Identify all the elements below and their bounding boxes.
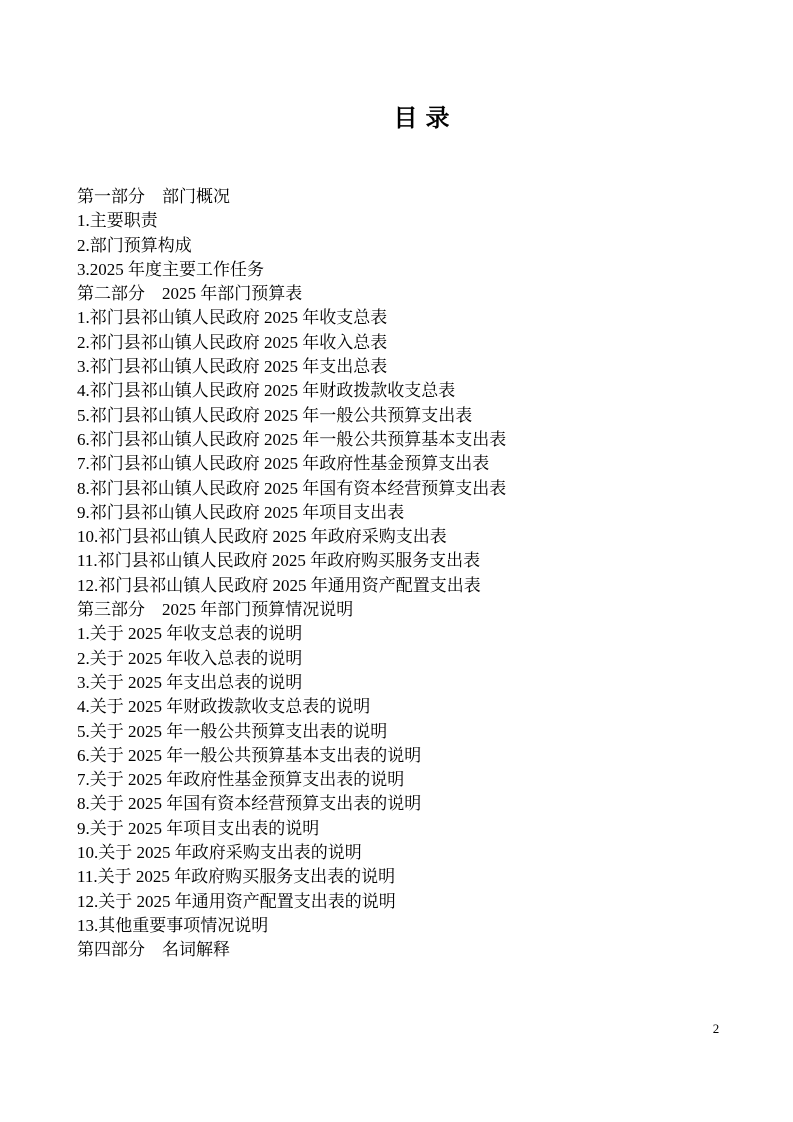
toc-section-heading: 第一部分 部门概况 <box>77 185 777 209</box>
toc-line: 3.祁门县祁山镇人民政府 2025 年支出总表 <box>77 355 777 379</box>
toc-line: 1.关于 2025 年收支总表的说明 <box>77 622 777 646</box>
toc-line: 11.祁门县祁山镇人民政府 2025 年政府购买服务支出表 <box>77 549 777 573</box>
toc-line: 4.关于 2025 年财政拨款收支总表的说明 <box>77 695 777 719</box>
toc-line: 3.关于 2025 年支出总表的说明 <box>77 671 777 695</box>
toc-line: 3.2025 年度主要工作任务 <box>77 258 777 282</box>
toc-line: 8.关于 2025 年国有资本经营预算支出表的说明 <box>77 792 777 816</box>
toc-line: 2.关于 2025 年收入总表的说明 <box>77 647 777 671</box>
document-page: 目 录 第一部分 部门概况 1.主要职责 2.部门预算构成 3.2025 年度主… <box>0 0 793 1122</box>
toc-line: 5.关于 2025 年一般公共预算支出表的说明 <box>77 720 777 744</box>
toc-line: 2.祁门县祁山镇人民政府 2025 年收入总表 <box>77 331 777 355</box>
toc-line: 1.祁门县祁山镇人民政府 2025 年收支总表 <box>77 306 777 330</box>
toc-section-heading: 第四部分 名词解释 <box>77 938 777 962</box>
toc-line: 12.祁门县祁山镇人民政府 2025 年通用资产配置支出表 <box>77 574 777 598</box>
toc-line: 7.祁门县祁山镇人民政府 2025 年政府性基金预算支出表 <box>77 452 777 476</box>
page-number: 2 <box>704 1021 728 1036</box>
toc-line: 13.其他重要事项情况说明 <box>77 914 777 938</box>
toc-line: 10.祁门县祁山镇人民政府 2025 年政府采购支出表 <box>77 525 777 549</box>
toc-line: 9.关于 2025 年项目支出表的说明 <box>77 817 777 841</box>
toc-line: 6.关于 2025 年一般公共预算基本支出表的说明 <box>77 744 777 768</box>
toc-line: 7.关于 2025 年政府性基金预算支出表的说明 <box>77 768 777 792</box>
toc-line: 12.关于 2025 年通用资产配置支出表的说明 <box>77 890 777 914</box>
table-of-contents: 第一部分 部门概况 1.主要职责 2.部门预算构成 3.2025 年度主要工作任… <box>77 185 777 963</box>
toc-line: 9.祁门县祁山镇人民政府 2025 年项目支出表 <box>77 501 777 525</box>
toc-line: 10.关于 2025 年政府采购支出表的说明 <box>77 841 777 865</box>
page-title: 目 录 <box>77 104 767 134</box>
toc-line: 2.部门预算构成 <box>77 234 777 258</box>
toc-line: 6.祁门县祁山镇人民政府 2025 年一般公共预算基本支出表 <box>77 428 777 452</box>
toc-section-heading: 第三部分 2025 年部门预算情况说明 <box>77 598 777 622</box>
toc-line: 1.主要职责 <box>77 209 777 233</box>
toc-line: 4.祁门县祁山镇人民政府 2025 年财政拨款收支总表 <box>77 379 777 403</box>
toc-line: 11.关于 2025 年政府购买服务支出表的说明 <box>77 865 777 889</box>
toc-line: 8.祁门县祁山镇人民政府 2025 年国有资本经营预算支出表 <box>77 477 777 501</box>
toc-line: 5.祁门县祁山镇人民政府 2025 年一般公共预算支出表 <box>77 404 777 428</box>
toc-section-heading: 第二部分 2025 年部门预算表 <box>77 282 777 306</box>
